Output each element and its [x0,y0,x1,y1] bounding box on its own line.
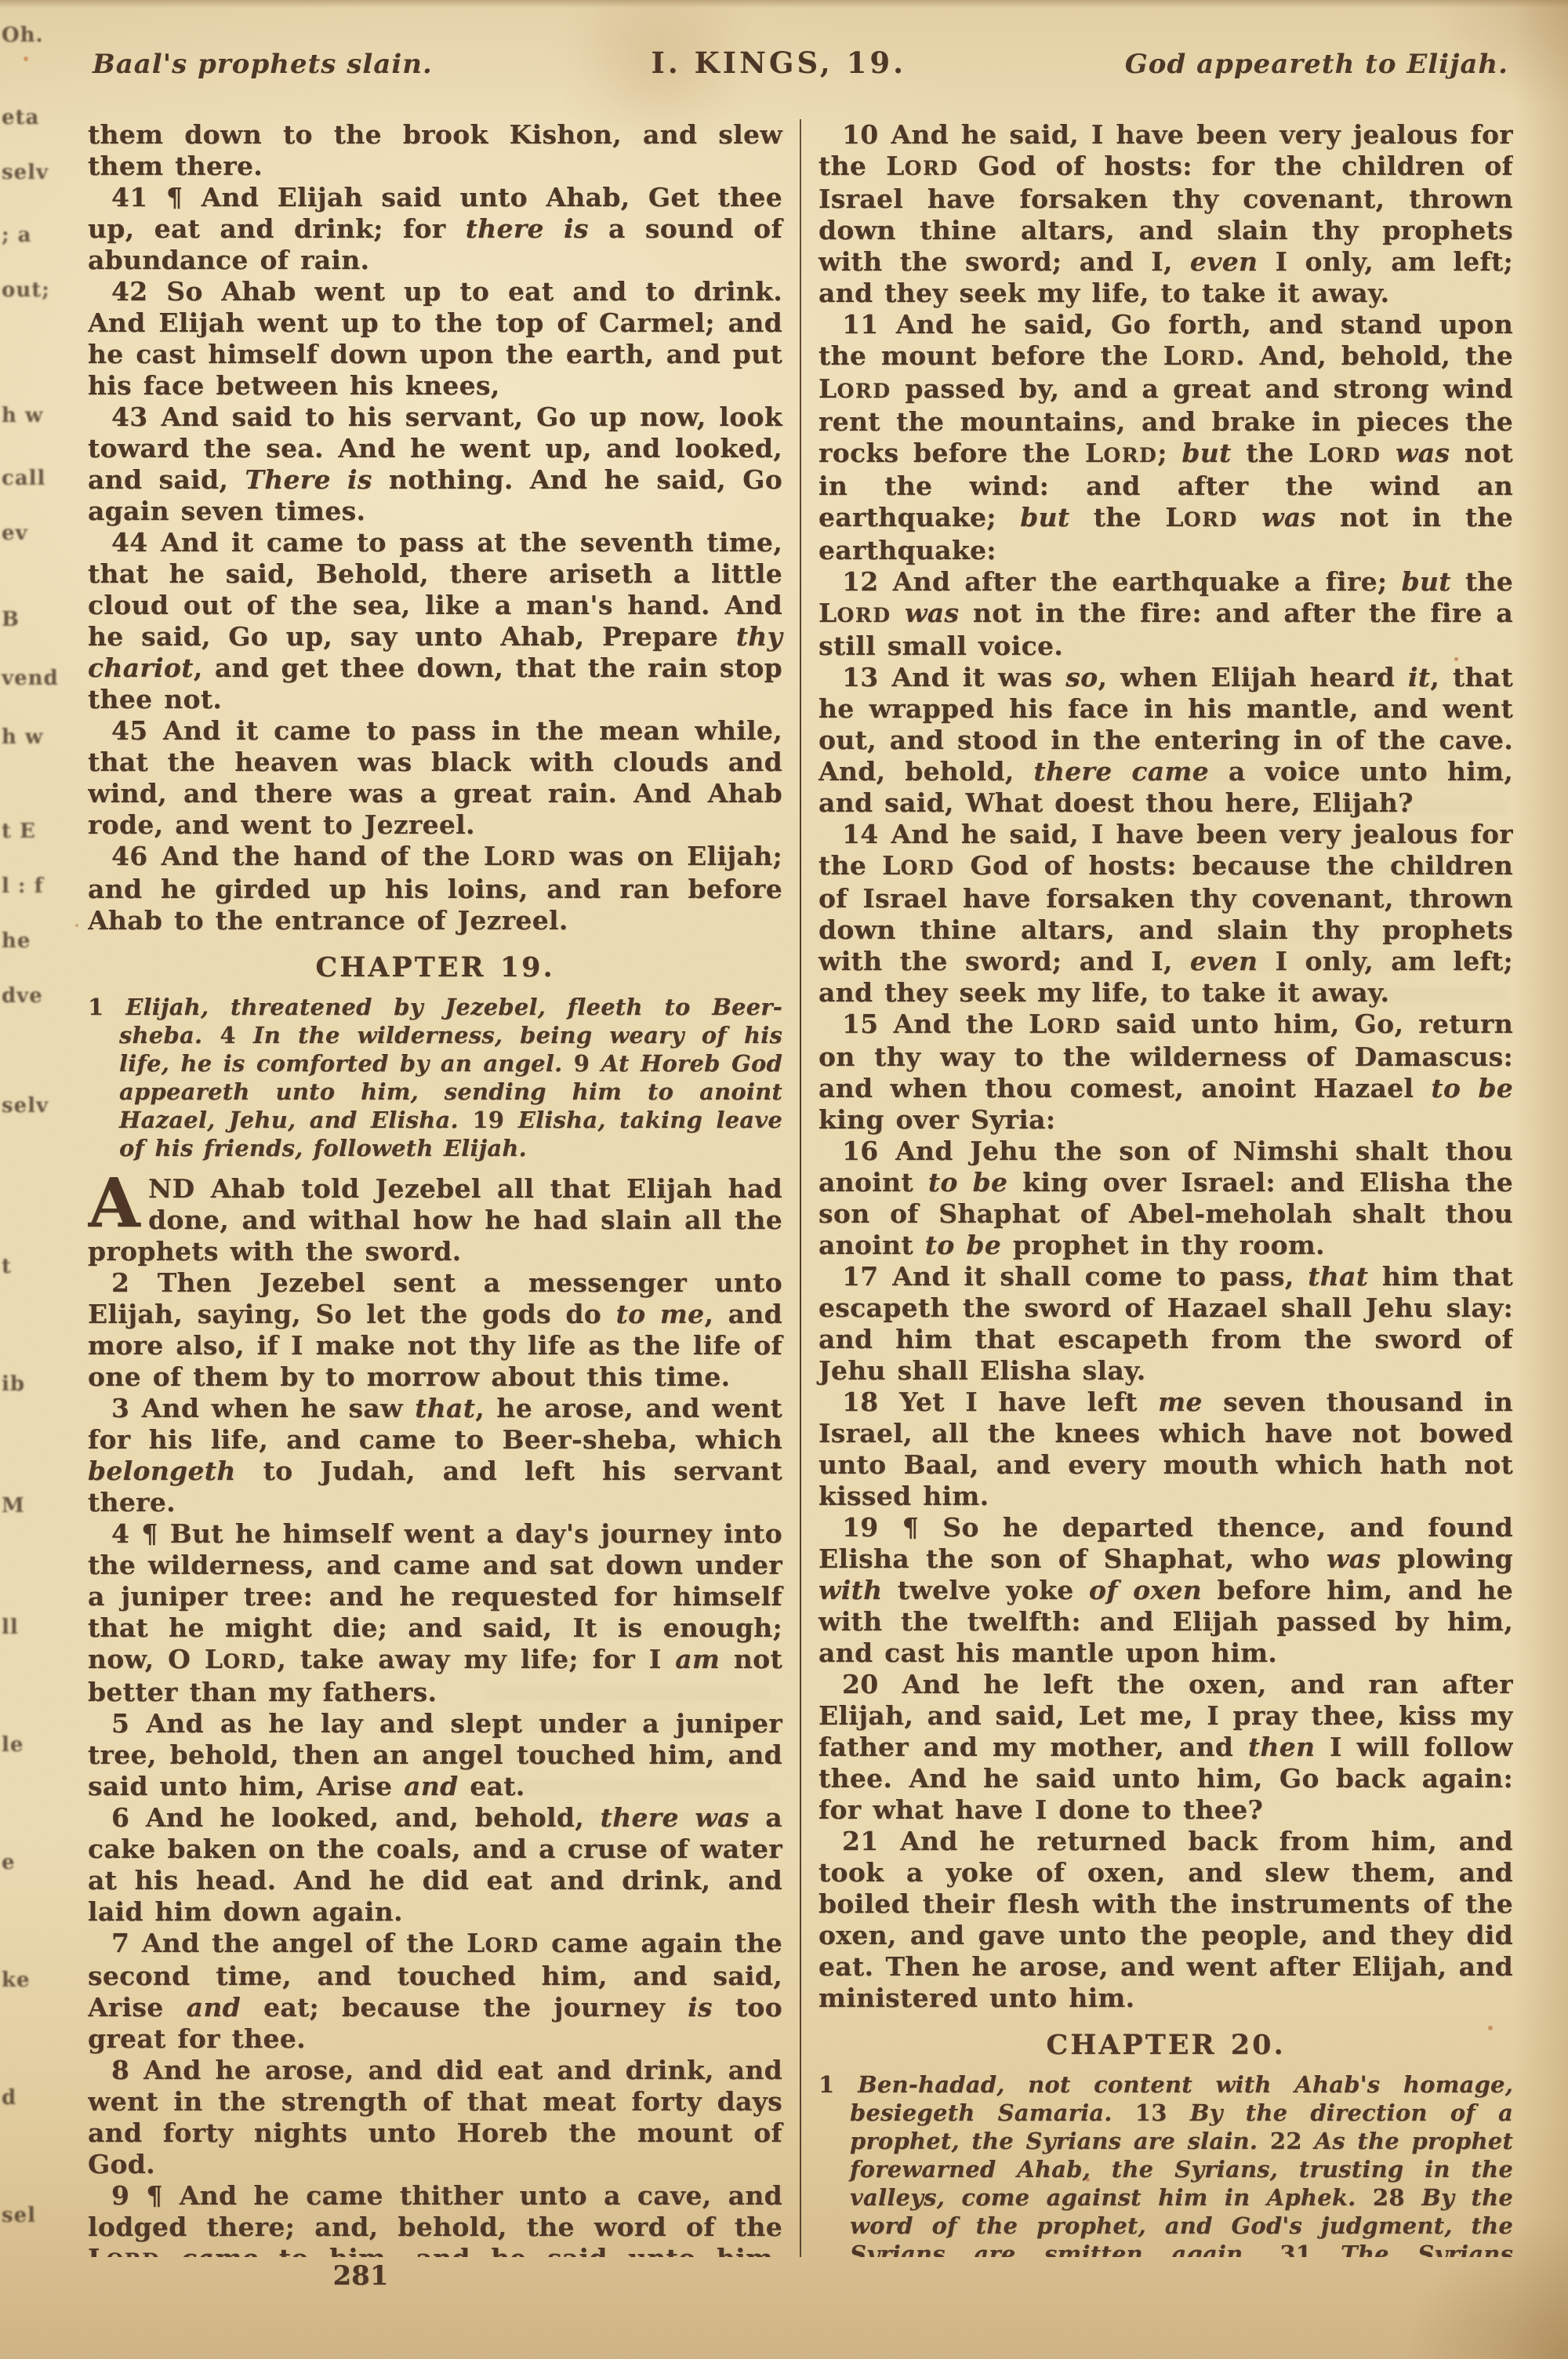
verse: 18 Yet I have left me seven thousand in … [818,1387,1513,1512]
text-columns: them down to the brook Kishon, and slew … [88,119,1513,2257]
edge-text-fragment: out; [2,278,50,302]
verse: 12 And after the earthquake a fire; but … [818,566,1513,662]
verse-number: 20 [842,1669,879,1699]
edge-text-fragment: dve [2,984,43,1008]
lord-smallcaps: LORD [484,841,556,871]
verse: 4 ¶ But he himself went a day's journey … [88,1518,782,1708]
chapter-heading: CHAPTER 20. [818,2030,1513,2061]
verse-number: 11 [842,309,879,340]
paper-freckle [24,56,28,61]
verse: 46 And the hand of the LORD was on Elija… [88,841,782,936]
edge-text-fragment: Oh. [2,24,44,47]
lord-smallcaps: LORD [88,2243,160,2257]
verse: 2 Then Jezebel sent a messenger unto Eli… [88,1267,782,1393]
verse-number: 12 [842,566,879,597]
pilcrow-mark: ¶ [141,1518,158,1549]
lord-smallcaps: LORD [818,373,891,404]
lord-smallcaps: LORD [882,850,954,881]
verse-number: 16 [842,1136,879,1166]
verse: 3 And when he saw that, he arose, and we… [88,1393,782,1518]
column-divider-rule [800,119,801,2257]
verse-number: 9 [111,2180,129,2211]
verse: 45 And it came to pass in the mean while… [88,715,782,841]
verse-number: 21 [842,1826,879,1856]
lord-smallcaps: LORD [818,598,891,628]
edge-text-fragment: ib [2,1372,25,1396]
verse-number: 10 [842,119,879,150]
verse: 19 ¶ So he departed thence, and found El… [818,1512,1513,1669]
pilcrow-mark: ¶ [146,2180,162,2211]
running-head-right: God appeareth to Elijah. [1125,49,1508,80]
scanned-bible-page: Baal's prophets slain. I. KINGS, 19. God… [0,0,1568,2359]
running-head: Baal's prophets slain. I. KINGS, 19. God… [93,45,1508,80]
running-head-center: I. KINGS, 19. [652,45,907,80]
verse-number: 8 [111,2055,129,2085]
verse: 21 And he returned back from him, and to… [818,1826,1513,2014]
edge-text-fragment: l : f [2,874,44,898]
verse-continuation: them down to the brook Kishon, and slew … [88,119,782,182]
lord-smallcaps: LORD [1163,340,1236,371]
chapter-heading: CHAPTER 19. [88,952,782,983]
chapter-summary: 1 Ben-hadad, not content with Ahab's hom… [818,2070,1513,2257]
edge-text-fragment: sel [2,2204,36,2227]
verse: 41 ¶ And Elijah said unto Ahab, Get thee… [88,182,782,276]
verse-number: 7 [111,1928,129,1958]
edge-text-fragment: le [2,1733,24,1757]
verse-number: 44 [111,527,148,558]
verse-with-dropcap: AND Ahab told Jezebel all that Elijah ha… [88,1173,782,1267]
verse-number: 41 [111,182,148,213]
edge-text-fragment: e [2,1851,16,1874]
verse: 16 And Jehu the son of Nimshi shalt thou… [818,1136,1513,1261]
edge-text-fragment: he [2,929,31,953]
verse: 5 And as he lay and slept under a junipe… [88,1708,782,1802]
edge-text-fragment: vend [2,667,59,690]
drop-cap: A [88,1173,148,1230]
verse: 42 So Ahab went up to eat and to drink. … [88,276,782,402]
verse-number: 19 [842,1512,879,1543]
edge-text-fragment: h w [2,404,43,427]
edge-text-fragment: M [2,1494,25,1518]
verse-number: 17 [842,1261,879,1292]
verse: 15 And the LORD said unto him, Go, retur… [818,1009,1513,1136]
lord-smallcaps: LORD [205,1644,277,1674]
edge-text-fragment: ll [2,1616,19,1639]
chapter-summary: 1 Elijah, threatened by Jezebel, fleeth … [88,993,782,1162]
verse: 20 And he left the oxen, and ran after E… [818,1669,1513,1826]
edge-text-fragment: h w [2,725,43,749]
verse-number: 5 [111,1708,129,1739]
verse-number: 13 [842,662,879,692]
verse-number: 46 [111,841,148,871]
page-number: 281 [290,2260,431,2292]
verse: 14 And he said, I have been very jealous… [818,819,1513,1009]
lord-smallcaps: LORD [466,1928,539,1958]
lord-smallcaps: LORD [886,151,958,181]
edge-text-fragment: ke [2,1968,31,1992]
verse: 9 ¶ And he came thither unto a cave, and… [88,2180,782,2257]
edge-text-fragment: selv [2,1094,49,1118]
lord-smallcaps: LORD [1165,502,1237,533]
verse-number: 2 [111,1267,129,1298]
verse-number: 18 [842,1387,879,1417]
edge-text-fragment: t [2,1255,12,1278]
edge-text-fragment: selv [2,161,49,184]
edge-text-fragment: B [2,608,20,631]
verse-number: 42 [111,276,148,307]
lord-smallcaps: LORD [1308,438,1381,468]
verse: 7 And the angel of the LORD came again t… [88,1928,782,2055]
verse-number: 3 [111,1393,129,1423]
verse: 44 And it came to pass at the seventh ti… [88,527,782,715]
pilcrow-mark: ¶ [166,182,183,213]
paper-freckle [75,924,78,927]
edge-text-fragment: eta [2,106,39,129]
verse-number: 43 [111,402,148,432]
lord-smallcaps: LORD [1029,1009,1101,1039]
edge-text-fragment: ev [2,522,28,545]
edge-text-fragment: d [2,2086,16,2110]
verse: 17 And it shall come to pass, that him t… [818,1261,1513,1387]
edge-text-fragment: ; a [2,224,32,247]
verse-number: 4 [111,1518,129,1549]
verse: 6 And he looked, and, behold, there was … [88,1802,782,1928]
right-column: 10 And he said, I have been very jealous… [818,119,1513,2257]
pilcrow-mark: ¶ [902,1512,919,1543]
verse: 43 And said to his servant, Go up now, l… [88,402,782,527]
left-column: them down to the brook Kishon, and slew … [88,119,782,2257]
verse-number: 45 [111,715,148,746]
running-head-left: Baal's prophets slain. [93,49,433,80]
verse: 8 And he arose, and did eat and drink, a… [88,2055,782,2180]
lord-smallcaps: LORD [1085,438,1157,468]
edge-text-fragment: t E [2,820,36,843]
verse: 10 And he said, I have been very jealous… [818,119,1513,309]
verse: 11 And he said, Go forth, and stand upon… [818,309,1513,566]
verse: 13 And it was so, when Elijah heard it, … [818,662,1513,819]
edge-text-fragment: call [2,467,45,490]
adjacent-page-edge: Oh.etaselv; aout;h wcallevBvendh wt El :… [0,0,78,2359]
verse-number: 15 [842,1009,879,1039]
verse-number: 6 [111,1802,129,1833]
verse-number: 14 [842,819,879,849]
